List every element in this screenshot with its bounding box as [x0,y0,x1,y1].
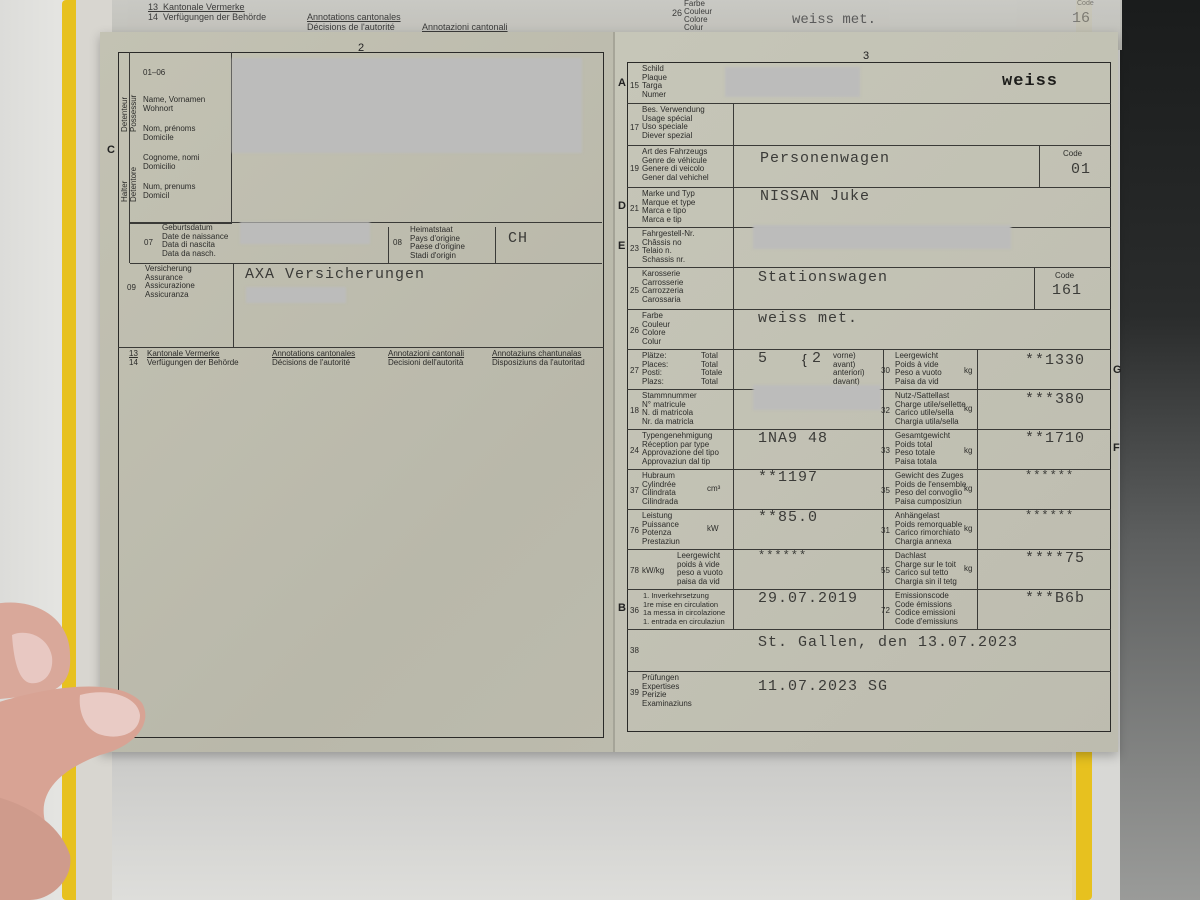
empty-weight-num: 30 [881,366,890,375]
power-weight-label: Leergewicht poids à vide peso a vuoto pa… [677,552,723,586]
annotation-fr-14: Décisions de l'autorité [272,359,350,368]
body-value: Stationswagen [758,269,888,286]
displacement-num: 37 [630,486,639,495]
empty-weight-value: **1330 [1025,352,1085,369]
under-it-annotation: Annotazioni cantonali [422,22,508,32]
seats-total-label: Total Total Totale Total [701,352,722,386]
power-weight-value: ****** [758,549,807,563]
row-color [627,310,1111,350]
origin-label: Heimatstaat Pays d'origine Paese d'origi… [410,226,465,260]
section-letter-c: C [107,144,115,156]
hand [0,595,150,900]
special-use-num: 17 [630,123,639,132]
under-annotation-13: 13 Kantonale Vermerke [148,2,245,12]
empty-weight-unit: kg [964,366,972,375]
roof-load-unit: kg [964,564,972,573]
matricule-num: 18 [630,406,639,415]
train-weight-value: ****** [1025,469,1074,483]
emission-code-value: ***B6b [1025,590,1085,607]
section-letter-b: B [618,602,626,614]
annotation-rm-14: Disposiziuns da l'autoritad [492,359,585,368]
emission-code-num: 72 [881,606,890,615]
origin-value-divider [495,227,496,264]
annotation-de-14: Verfügungen der Behörde [147,359,239,368]
type-approval-label: Typengenehmigung Réception par type Appr… [642,432,719,466]
chassis-label: Fahrgestell-Nr. Châssis no Telaio n. Sch… [642,230,694,264]
power-label: Leistung Puissance Potenza Prestaziun [642,512,680,546]
type-approval-num: 24 [630,446,639,455]
seats-brace: { [802,352,807,366]
roof-load-num: 55 [881,566,890,575]
seats-num: 27 [630,366,639,375]
under-code-label: Code [1077,0,1094,7]
holder-vertical-column [118,52,130,263]
holder-label-de: Name, Vornamen Wohnort [143,96,205,113]
annotation-it-14: Decisioni dell'autorità [388,359,463,368]
plate-color-value: weiss [1002,72,1058,91]
section-letter-d: D [618,200,626,212]
under-color-label: Farbe Couleur Colore Colur [684,0,712,32]
total-weight-value: **1710 [1025,430,1085,447]
right-page: 3 A 15 Schild Plaque Targa Numer weiss 1… [615,32,1118,752]
insurance-value: AXA Versicherungen [245,266,425,283]
birth-num: 07 [144,238,153,247]
redacted-matricule [753,385,881,410]
emission-code-label: Emissionscode Code émissions Codice emis… [895,592,958,626]
first-registration-label: 1. Inverkehrsetzung 1re mise en circulat… [643,592,725,626]
body-code: 161 [1052,282,1082,299]
total-weight-label: Gesamtgewicht Poids total Peso totale Pa… [895,432,950,466]
make-type-value: NISSAN Juke [760,188,870,205]
trailer-load-label: Anhängelast Poids remorquable Carico rim… [895,512,962,546]
redacted-holder-name [232,58,582,153]
color-num: 26 [630,326,639,335]
holder-label-fr: Nom, prénoms Domicile [143,125,195,142]
payload-unit: kg [964,404,972,413]
payload-label: Nutz-/Sattellast Charge utile/sellette C… [895,392,966,426]
vehicle-kind-value: Personenwagen [760,150,890,167]
seats-label: Plätze: Places: Posti: Plazs: [642,352,668,386]
insurance-label: Versicherung Assurance Assicurazione Ass… [145,265,195,299]
section-letter-a: A [618,77,626,89]
redacted-chassis-number [753,225,1011,249]
power-unit: kW [707,524,719,533]
trailer-load-unit: kg [964,524,972,533]
make-type-num: 21 [630,204,639,213]
vehicle-kind-num: 19 [630,164,639,173]
roof-load-value: ****75 [1025,550,1085,567]
displacement-label: Hubraum Cylindrée Cilindrata Cilindrada [642,472,678,506]
vehicle-kind-code: 01 [1071,161,1091,178]
power-weight-unit: kW/kg [642,566,664,575]
first-registration-value: 29.07.2019 [758,590,858,607]
dark-background [1120,0,1200,900]
page-number: 3 [863,50,869,62]
displacement-value: **1197 [758,469,818,486]
color-value: weiss met. [758,310,858,327]
train-weight-unit: kg [964,484,972,493]
empty-weight-label: Leergewicht Poids à vide Peso a vuoto Pa… [895,352,942,386]
roof-load-label: Dachlast Charge sur le toit Carico sul t… [895,552,957,586]
section-letter-f: F [1113,442,1120,454]
place-date-value: St. Gallen, den 13.07.2023 [758,634,1018,651]
under-code-value: 16 [1072,10,1090,27]
body-num: 25 [630,286,639,295]
redacted-birth-date [240,222,370,244]
inspections-num: 39 [630,688,639,697]
left-page: 2 C Detenteur Possessur Halter Detentore… [100,32,615,752]
folder-bottom-sheet [112,745,1072,900]
redacted-insurance-detail [246,287,346,303]
redacted-plate-number [725,67,860,97]
holder-label-rm: Num, prenums Domicil [143,183,195,200]
holder-range: 01–06 [143,69,165,78]
body-code-label: Code [1055,272,1074,281]
birth-label: Geburtsdatum Date de naissance Data di n… [162,224,228,258]
first-registration-num: 36 [630,606,639,615]
under-color-value: weiss met. [792,12,876,28]
body-label: Karosserie Carrosserie Carrozzeria Caros… [642,270,683,304]
trailer-load-num: 31 [881,526,890,535]
color-label: Farbe Couleur Colore Colur [642,312,670,346]
under-fr-annotation: Annotations cantonales [307,12,401,22]
train-weight-label: Gewicht des Zuges Poids de l'ensemble Pe… [895,472,966,506]
seats-front-label: vorne) avant) anteriori) davant) [833,352,865,386]
power-num: 76 [630,526,639,535]
type-approval-value: 1NA9 48 [758,430,828,447]
vehicle-registration-booklet: 2 C Detenteur Possessur Halter Detentore… [100,32,1118,752]
total-weight-unit: kg [964,446,972,455]
body-code-divider [1034,268,1035,310]
power-weight-num: 78 [630,566,639,575]
inspections-value: 11.07.2023 SG [758,678,888,695]
insurance-divider [233,264,234,348]
holder-label-it: Cognome, nomi Domicilio [143,154,199,171]
vehicle-kind-label: Art des Fahrzeugs Genre de véhicule Gene… [642,148,709,182]
insurance-num: 09 [127,283,136,292]
seats-front-value: 2 [812,350,822,367]
plate-num: 15 [630,81,639,90]
origin-value: CH [508,230,528,247]
under-fr-decision: Décisions de l'autorité [307,22,395,32]
train-weight-num: 35 [881,486,890,495]
displacement-unit: cm³ [707,484,720,493]
payload-num: 32 [881,406,890,415]
section-letter-g: G [1113,364,1122,376]
section-letter-e: E [618,240,625,252]
trailer-load-value: ****** [1025,509,1074,523]
make-type-label: Marke und Typ Marque et type Marca e tip… [642,190,695,224]
under-color-num: 26 [672,8,682,18]
birth-origin-divider [388,227,389,264]
seats-value: 5 [758,350,768,367]
chassis-num: 23 [630,244,639,253]
under-annotation-14: 14 Verfügungen der Behörde [148,12,266,22]
place-date-num: 38 [630,646,639,655]
inspections-label: Prüfungen Expertises Perizie Examinaziun… [642,674,692,708]
origin-num: 08 [393,238,402,247]
power-value: **85.0 [758,509,818,526]
payload-value: ***380 [1025,391,1085,408]
matricule-label: Stammnummer N° matricule N. di matricola… [642,392,697,426]
plate-label: Schild Plaque Targa Numer [642,65,667,99]
special-use-label: Bes. Verwendung Usage spécial Uso specia… [642,106,705,140]
annotation-num-14: 14 [129,359,138,368]
vehicle-kind-code-label: Code [1063,150,1082,159]
vehicle-kind-code-divider [1039,146,1040,188]
total-weight-num: 33 [881,446,890,455]
